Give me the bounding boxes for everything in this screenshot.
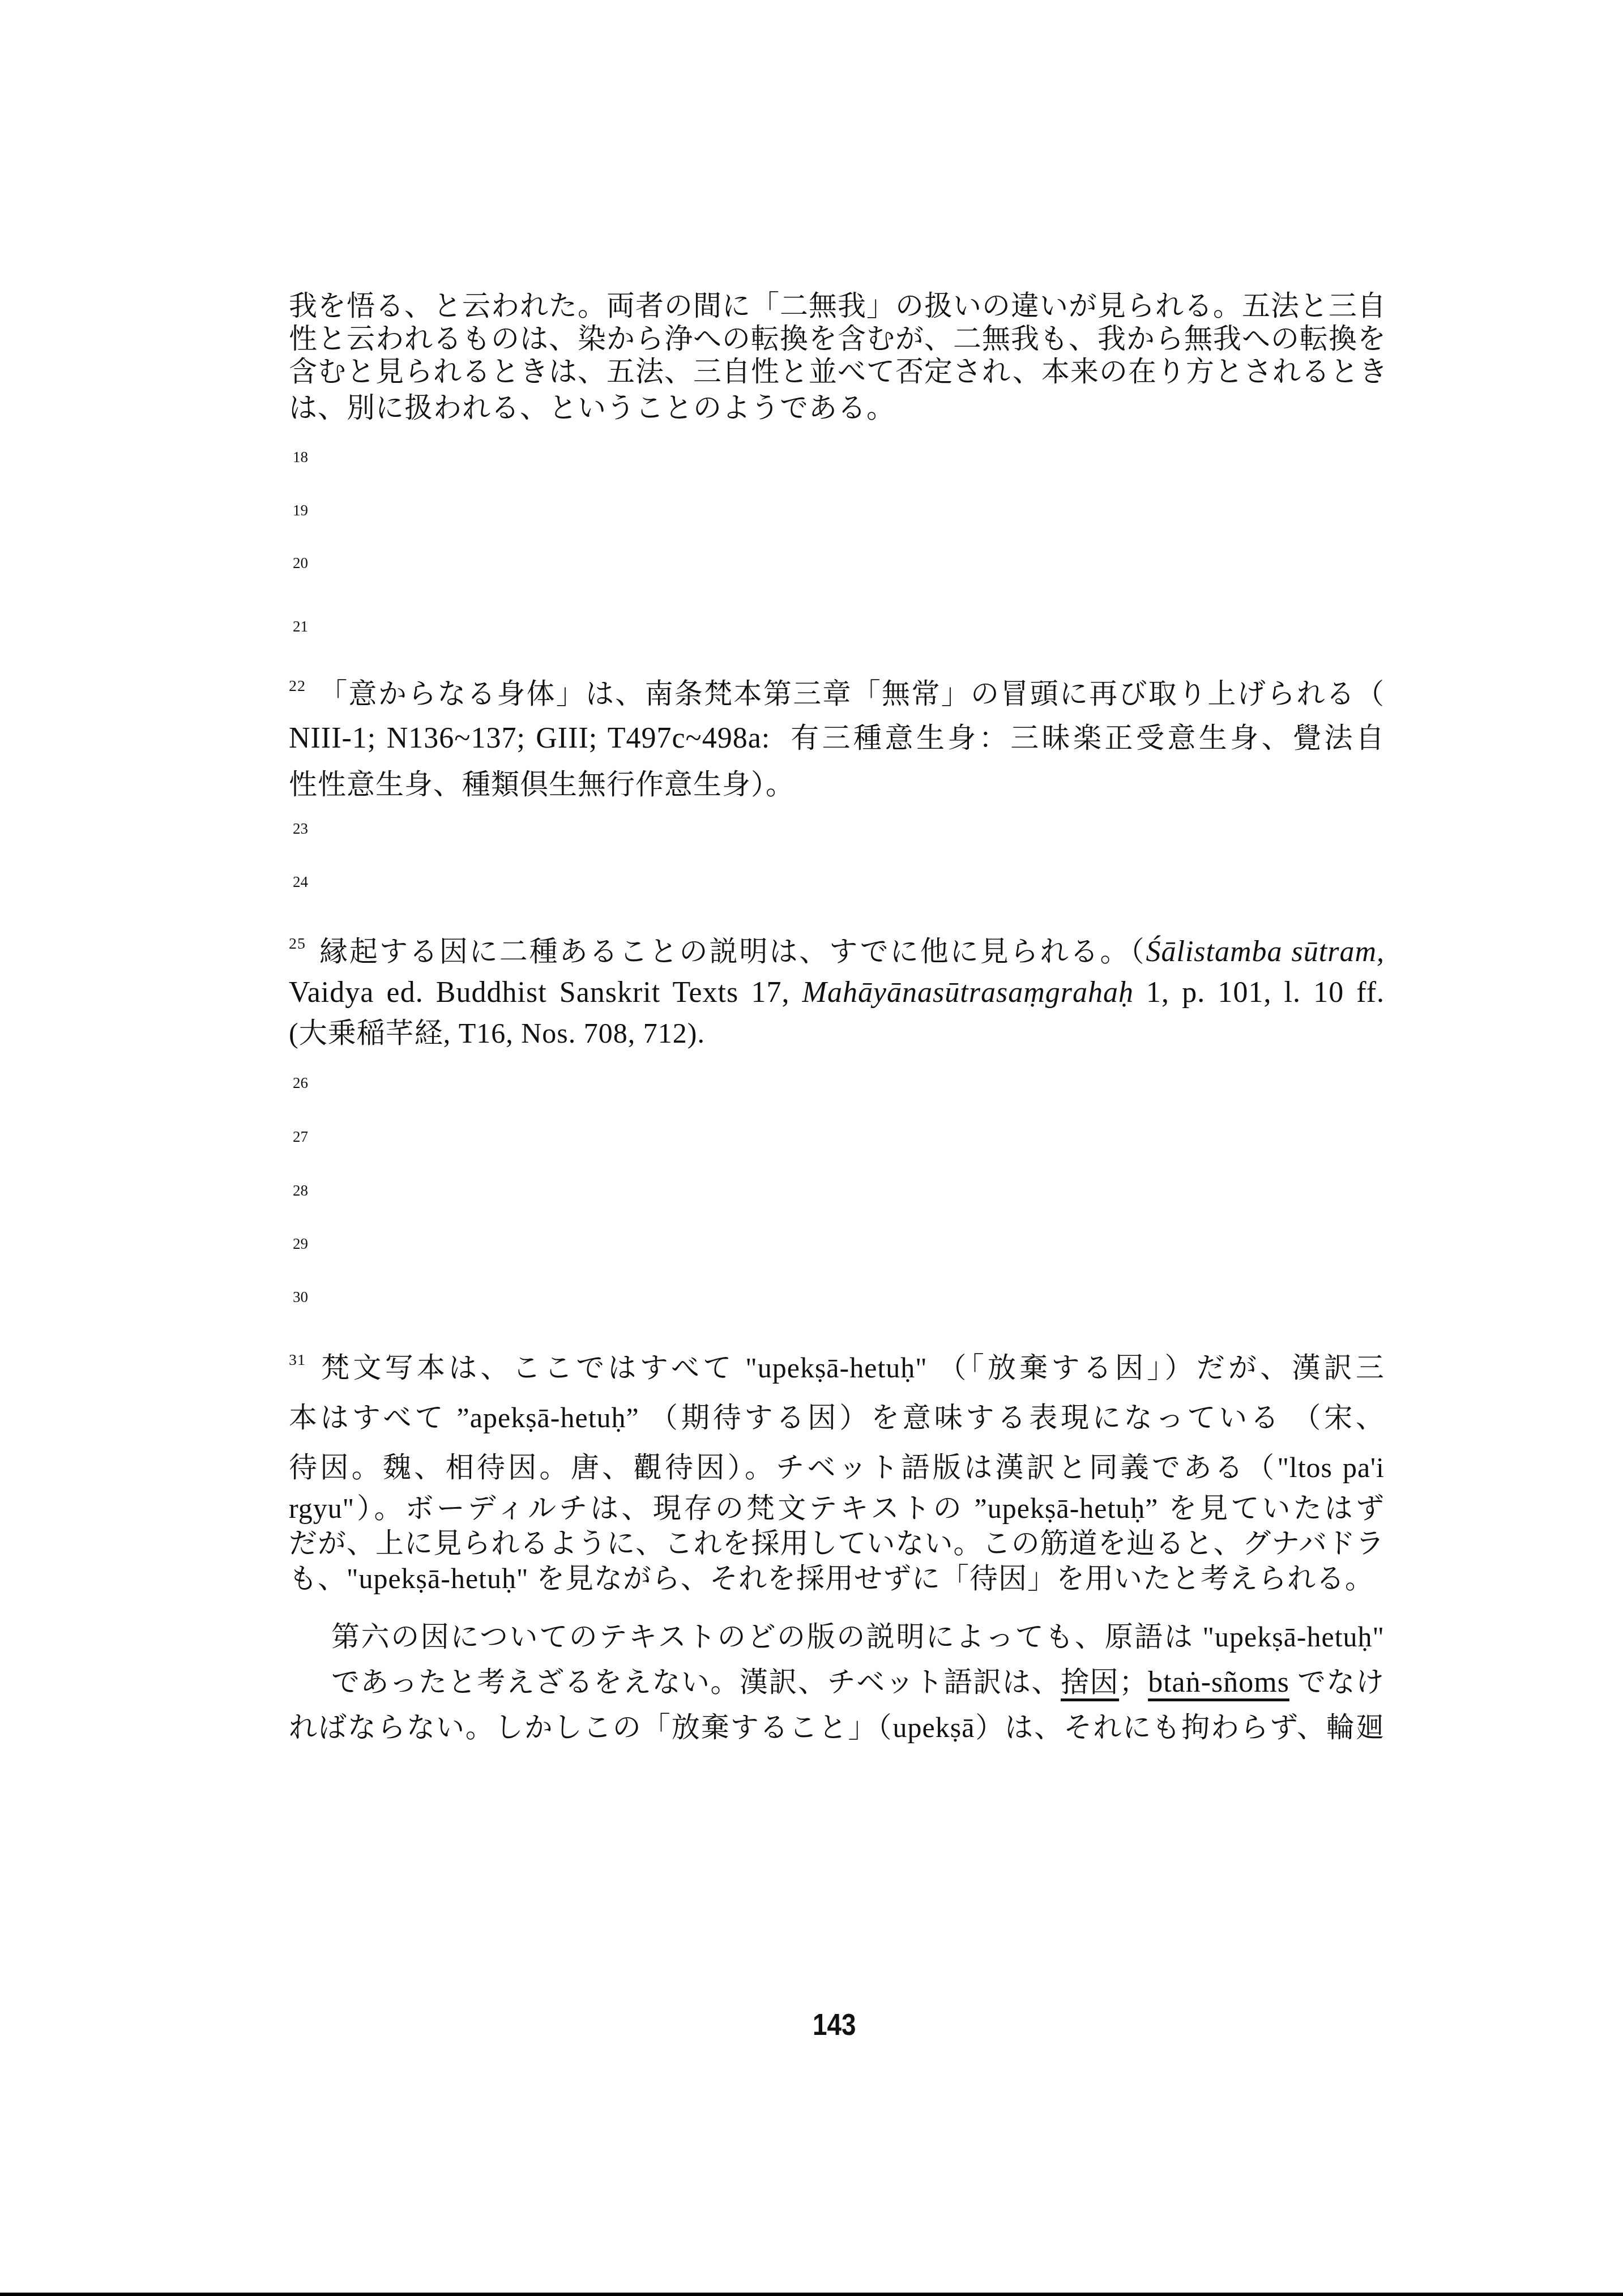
footnote-25-line-1: 25縁起する因に二種あることの説明は、すでに他に見られる。（Śālistamba… [289, 934, 1385, 969]
footnote-31-line-4: rgyu"）。ボーディルチは、現存の梵文テキストの ”upekṣā-hetuḥ”… [289, 1491, 1385, 1525]
line-number: 23 [293, 820, 308, 837]
intro-line-2: 性と云われるものは、染から浄への転換を含むが、二無我も、我から無我への転換を [289, 322, 1385, 356]
footnote-31-line-6: も、"upekṣā-hetuḥ" を見ながら、それを採用せずに「待因」を用いたと… [289, 1561, 1374, 1595]
underlined-term-sha-in: 捨因 [1061, 1666, 1119, 1698]
intro-line-1: 我を悟る、と云われた。両者の間に「二無我」の扱いの違いが見られる。五法と三自 [289, 289, 1385, 323]
line-number: 29 [293, 1235, 308, 1252]
footnote-25-line-2: Vaidya ed. Buddhist Sanskrit Texts 17, M… [289, 975, 1385, 1010]
footnote-31-line-5: だが、上に見られるように、これを採用していない。この筋道を辿ると、グナバドラ [289, 1526, 1385, 1560]
line-number: 27 [293, 1128, 308, 1145]
line-number: 21 [293, 618, 308, 635]
line-number: 24 [293, 873, 308, 890]
closing-line-1: 第六の因についてのテキストのどの版の説明によっても、原語は "upekṣā-he… [331, 1620, 1385, 1654]
footnote-22-line-1: 22「意からなる身体」は、南条梵本第三章「無常」の冒頭に再び取り上げられる（ [289, 677, 1385, 711]
footnote-mark: 22 [289, 677, 306, 695]
scan-edge-bar [0, 2293, 1623, 2296]
footnote-31-line-2: 本はすべて ”apekṣā-hetuḥ” （期待する因）を意味する表現になってい… [289, 1401, 1385, 1435]
footnote-25-line-3: (大乗稲芊経, T16, Nos. 708, 712). [289, 1016, 705, 1050]
closing-line-2: であったと考えざるをえない。漢訳、チベット語訳は、捨因；btaṅ-sñoms で… [331, 1665, 1385, 1700]
line-number: 20 [293, 554, 308, 571]
sutra-title: Śālistamba sūtram, [1146, 936, 1385, 968]
closing-line-3: ればならない。しかしこの「放棄すること」（upekṣā）は、それにも拘わらず、輪… [289, 1710, 1385, 1744]
intro-line-4: は、別に扱われる、ということのようである。 [289, 391, 895, 425]
underlined-term-btang-snyoms: btaṅ-sñoms [1148, 1666, 1289, 1698]
footnote-22-line-3: 性性意生身、種類倶生無行作意生身）。 [289, 767, 795, 801]
footnote-mark: 31 [289, 1351, 306, 1369]
line-number: 30 [293, 1288, 308, 1305]
intro-line-3: 含むと見られるときは、五法、三自性と並べて否定され、本来の在り方とされるとき [289, 355, 1385, 389]
document-page: 我を悟る、と云われた。両者の間に「二無我」の扱いの違いが見られる。五法と三自 性… [0, 0, 1623, 2296]
line-number: 18 [293, 449, 308, 466]
line-number: 28 [293, 1182, 308, 1199]
footnote-31-line-3: 待因。魏、相待因。唐、觀待因）。チベット語版は漢訳と同義である（"ltos pa… [289, 1450, 1385, 1484]
collection-title: Mahāyānasūtrasaṃgrahaḥ [802, 976, 1134, 1009]
page-number: 143 [813, 2008, 856, 2042]
line-number: 19 [293, 502, 308, 519]
footnote-mark: 25 [289, 935, 306, 953]
footnote-22-line-2: NIII-1; N136~137; GIII; T497c~498a: 有三種意… [289, 721, 1385, 756]
footnote-31-line-1: 31梵文写本は、ここではすべて "upekṣā-hetuḥ" （「放棄する因」）… [289, 1351, 1385, 1385]
line-number: 26 [293, 1074, 308, 1091]
